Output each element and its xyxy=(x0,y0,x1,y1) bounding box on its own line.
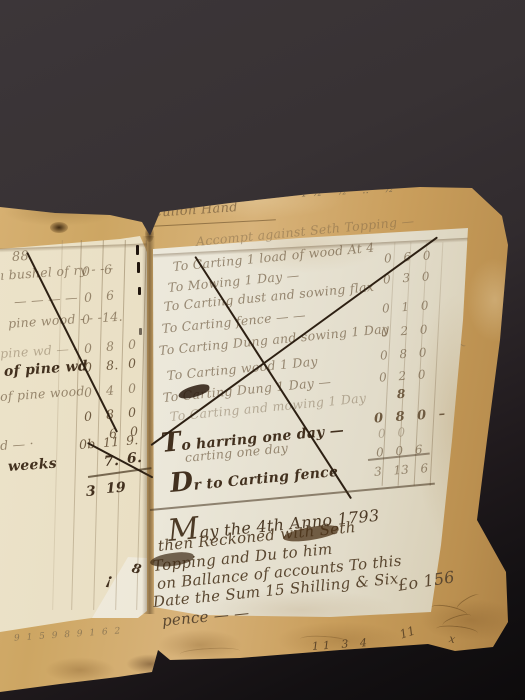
entry-amount: 6 xyxy=(103,261,112,277)
cover-bottom-scribble: 9 1 5 9 8 9 1 6 2 xyxy=(14,626,123,644)
ledger-photo: 4½ ½ ‥ ½ Cullon Hand 2 ~ 11 3 4 11 x 9 1… xyxy=(0,0,525,700)
entry-amount: 9. xyxy=(125,432,139,448)
entry-amount: 8 xyxy=(105,338,114,354)
ledger-entry-label: weeks xyxy=(7,456,57,475)
binding-stitch xyxy=(137,262,140,273)
entry-amount: 8 xyxy=(397,387,406,402)
entry-amount: 0 0 xyxy=(378,425,406,441)
entry-amount: 0 xyxy=(127,404,136,420)
entry-amount: 11 xyxy=(102,434,120,450)
scratch-mark xyxy=(180,646,240,658)
ledger-entry-label: d — · xyxy=(0,436,34,453)
entry-amount: 19 xyxy=(105,480,126,497)
entry-amount: 0 xyxy=(83,289,92,305)
scratch-mark xyxy=(436,624,479,638)
entry-amount: 6 xyxy=(105,287,114,303)
entry-amount: 0 xyxy=(127,336,136,352)
entry-amount: 0 xyxy=(83,384,92,400)
entry-amount: 0 xyxy=(127,380,136,396)
entry-amount: 0 xyxy=(81,311,90,327)
cover-bottom-mark-11: 11 xyxy=(398,623,417,641)
cover-fractions: 4½ ½ ‥ ½ xyxy=(300,183,400,199)
binding-stitch xyxy=(136,245,139,255)
cover-stain xyxy=(50,222,68,233)
entry-amount: 3 xyxy=(85,483,96,500)
cover-inscription: Cullon Hand xyxy=(151,200,238,221)
scratch-mark xyxy=(455,592,481,613)
binding-stitch xyxy=(139,328,142,335)
entry-amount: 4 xyxy=(105,382,114,398)
entry-amount: 0 xyxy=(127,355,136,371)
entry-amount: 0 xyxy=(83,340,92,356)
entry-amount: 0 xyxy=(83,408,92,424)
inscription-flourish xyxy=(148,219,276,227)
scratch-mark xyxy=(300,634,351,647)
entry-amount: 14. xyxy=(101,309,123,325)
entry-amount: 8. xyxy=(105,357,119,373)
entry-amount: 0 xyxy=(81,263,90,279)
binding-stitch xyxy=(138,287,141,295)
